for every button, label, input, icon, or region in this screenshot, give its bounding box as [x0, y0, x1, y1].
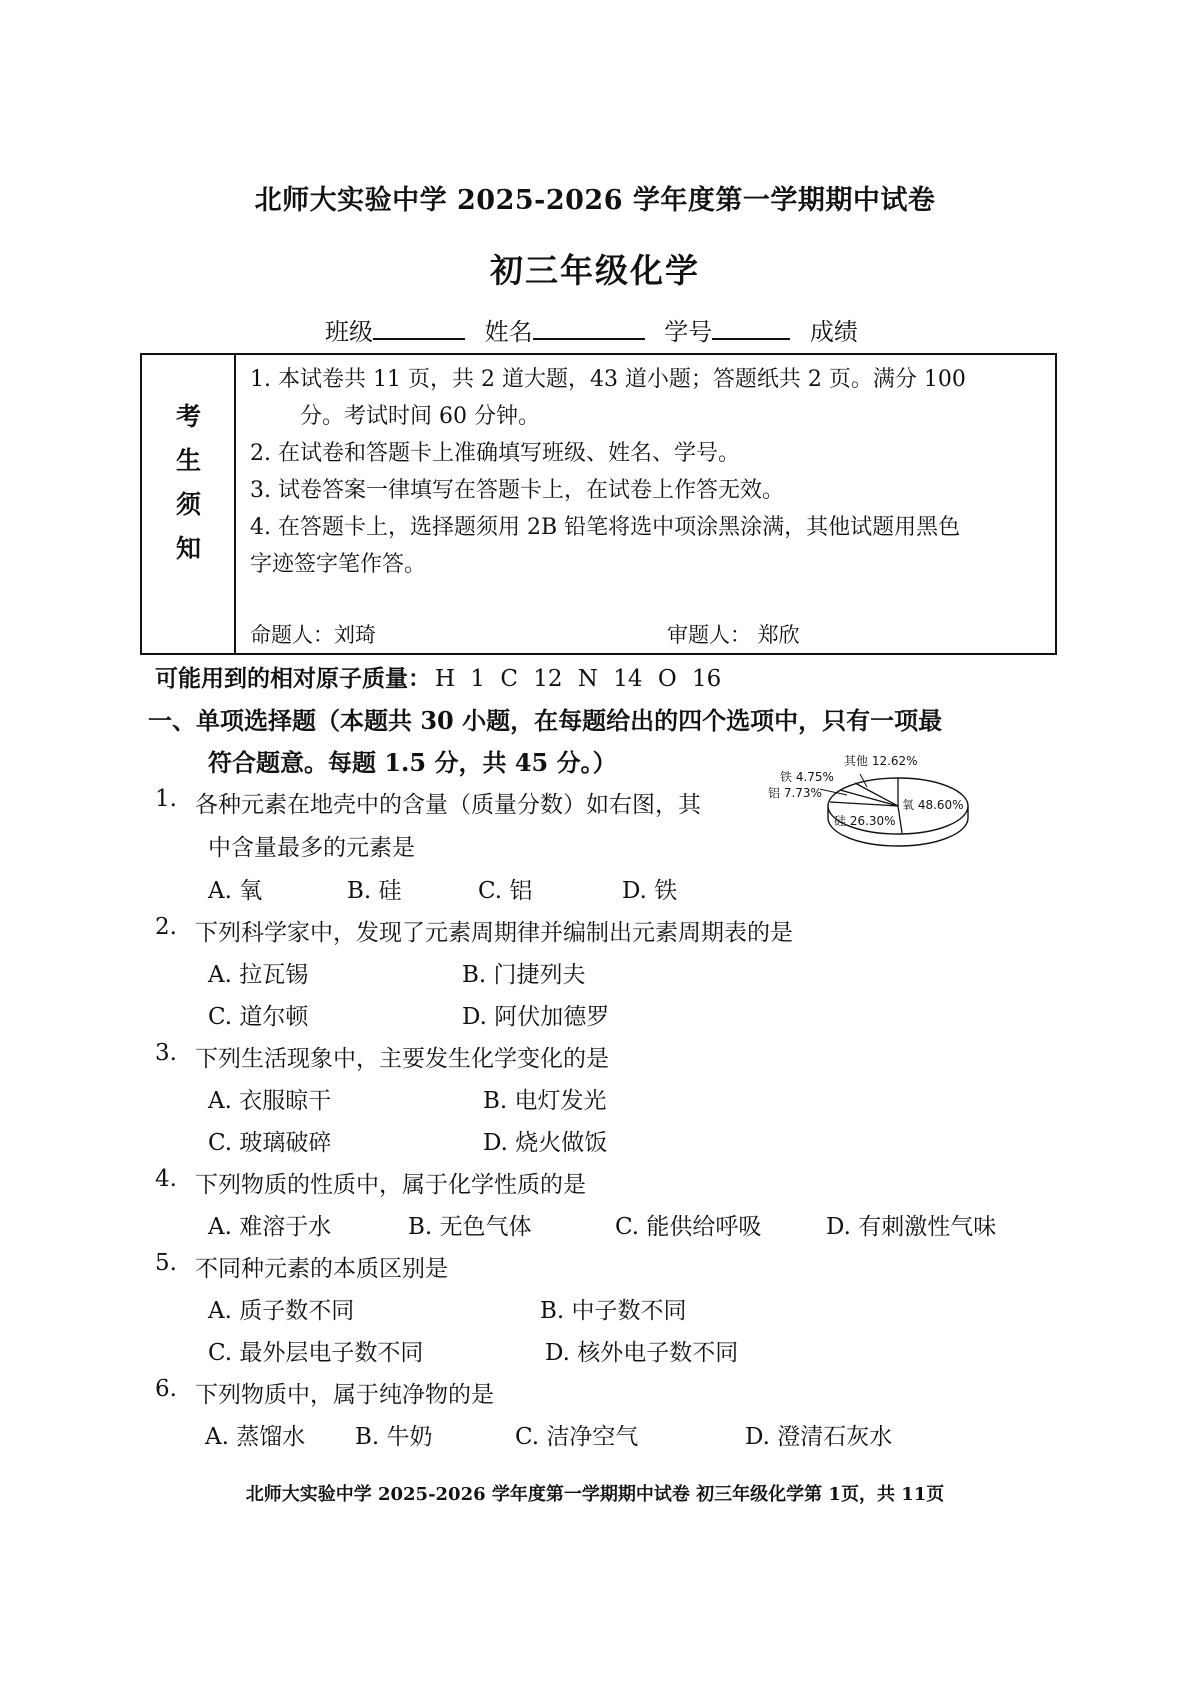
notice-line-4: 4. 在答题卡上，选择题须用 2B 铅笔将选中项涂黑涂满，其他试题用黑色: [250, 510, 960, 541]
exam-notice-box: 考 生 须 知 1. 本试卷共 11 页，共 2 道大题，43 道小题；答题纸共…: [140, 353, 1057, 655]
notice-line-1: 1. 本试卷共 11 页，共 2 道大题，43 道小题；答题纸共 2 页。满分 …: [250, 362, 966, 393]
option-d: D. 铁: [622, 872, 677, 905]
notice-heading-char: 生: [176, 441, 201, 477]
section-heading-line2: 符合题意。每题 1.5 分，共 45 分。）: [208, 743, 617, 778]
question-number: 2.: [155, 914, 177, 940]
question-stem: 下列科学家中，发现了元素周期律并编制出元素周期表的是: [195, 914, 793, 947]
option-a: A. 氧: [208, 872, 262, 905]
notice-line-3: 3. 试卷答案一律填写在答题卡上，在试卷上作答无效。: [250, 473, 784, 504]
notice-heading: 考 生 须 知: [142, 355, 236, 653]
option-c: C. 最外层电子数不同: [208, 1334, 423, 1367]
exam-title: 北师大实验中学 2025-2026 学年度第一学期期中试卷: [0, 178, 1190, 217]
question-number: 3.: [155, 1040, 177, 1066]
question-stem: 下列物质中，属于纯净物的是: [195, 1376, 494, 1409]
option-a: A. 衣服晾干: [208, 1082, 331, 1115]
notice-line-4-cont: 字迹签字笔作答。: [250, 547, 426, 578]
crust-element-pie-chart: 其他 12.62% 铁 4.75% 铝 7.73% 氧 48.60% 硅 26.…: [820, 760, 1050, 870]
option-a: A. 蒸馏水: [205, 1418, 305, 1451]
author-label: 命题人：刘琦: [250, 619, 376, 649]
student-id-blank[interactable]: [712, 316, 790, 340]
question-stem: 下列生活现象中，主要发生化学变化的是: [195, 1040, 609, 1073]
section-heading-line1: 一、单项选择题（本题共 30 小题，在每题给出的四个选项中，只有一项最: [148, 701, 942, 736]
notice-line-2: 2. 在试卷和答题卡上准确填写班级、姓名、学号。: [250, 436, 740, 467]
class-label: 班级: [325, 318, 373, 346]
option-c: C. 铝: [478, 872, 532, 905]
notice-heading-char: 考: [176, 397, 201, 433]
option-a: A. 质子数不同: [208, 1292, 354, 1325]
option-a: A. 拉瓦锡: [208, 956, 308, 989]
pie-label-silicon: 硅 26.30%: [834, 812, 896, 829]
question-stem: 不同种元素的本质区别是: [195, 1250, 448, 1283]
option-b: B. 门捷列夫: [462, 956, 586, 989]
option-c: C. 能供给呼吸: [615, 1208, 761, 1241]
score-label: 成绩: [810, 318, 858, 346]
question-stem: 各种元素在地壳中的含量（质量分数）如右图，其: [195, 786, 701, 819]
page-footer: 北师大实验中学 2025-2026 学年度第一学期期中试卷 初三年级化学第 1页…: [0, 1480, 1190, 1506]
option-d: D. 有刺激性气味: [826, 1208, 996, 1241]
reviewer-label: 审题人： 郑欣: [667, 619, 800, 649]
atomic-mass-values: H 1 C 12 N 14 O 16: [435, 666, 721, 692]
class-blank[interactable]: [373, 316, 465, 340]
option-d: D. 阿伏加德罗: [462, 998, 609, 1031]
atomic-mass-label: 可能用到的相对原子质量：: [155, 665, 431, 692]
option-b: B. 电灯发光: [483, 1082, 607, 1115]
question-number: 1.: [155, 786, 177, 812]
question-number: 5.: [155, 1250, 177, 1276]
option-c: C. 道尔顿: [208, 998, 308, 1031]
notice-heading-char: 知: [176, 529, 201, 565]
notice-heading-char: 须: [176, 485, 201, 521]
option-c: C. 玻璃破碎: [208, 1124, 331, 1157]
option-b: B. 无色气体: [408, 1208, 532, 1241]
question-stem-cont: 中含量最多的元素是: [208, 829, 415, 862]
pie-label-aluminum: 铝 7.73%: [768, 784, 822, 801]
option-b: B. 硅: [347, 872, 402, 905]
pie-label-iron: 铁 4.75%: [780, 768, 834, 785]
option-a: A. 难溶于水: [208, 1208, 331, 1241]
atomic-mass-line: 可能用到的相对原子质量：H 1 C 12 N 14 O 16: [155, 660, 721, 693]
option-b: B. 中子数不同: [540, 1292, 687, 1325]
pie-label-other: 其他 12.62%: [844, 752, 918, 769]
pie-label-oxygen: 氧 48.60%: [902, 796, 964, 813]
student-id-label: 学号: [664, 318, 712, 346]
option-d: D. 烧火做饭: [483, 1124, 607, 1157]
name-blank[interactable]: [533, 316, 645, 340]
question-number: 6.: [155, 1376, 177, 1402]
option-d: D. 澄清石灰水: [745, 1418, 892, 1451]
option-d: D. 核外电子数不同: [545, 1334, 738, 1367]
notice-line-1-cont: 分。考试时间 60 分钟。: [300, 399, 540, 430]
option-b: B. 牛奶: [355, 1418, 433, 1451]
question-number: 4.: [155, 1166, 177, 1192]
name-label: 姓名: [485, 318, 533, 346]
exam-subtitle: 初三年级化学: [0, 245, 1190, 292]
student-info-line: 班级 姓名 学号 成绩: [325, 312, 858, 347]
question-stem: 下列物质的性质中，属于化学性质的是: [195, 1166, 586, 1199]
option-c: C. 洁净空气: [515, 1418, 638, 1451]
